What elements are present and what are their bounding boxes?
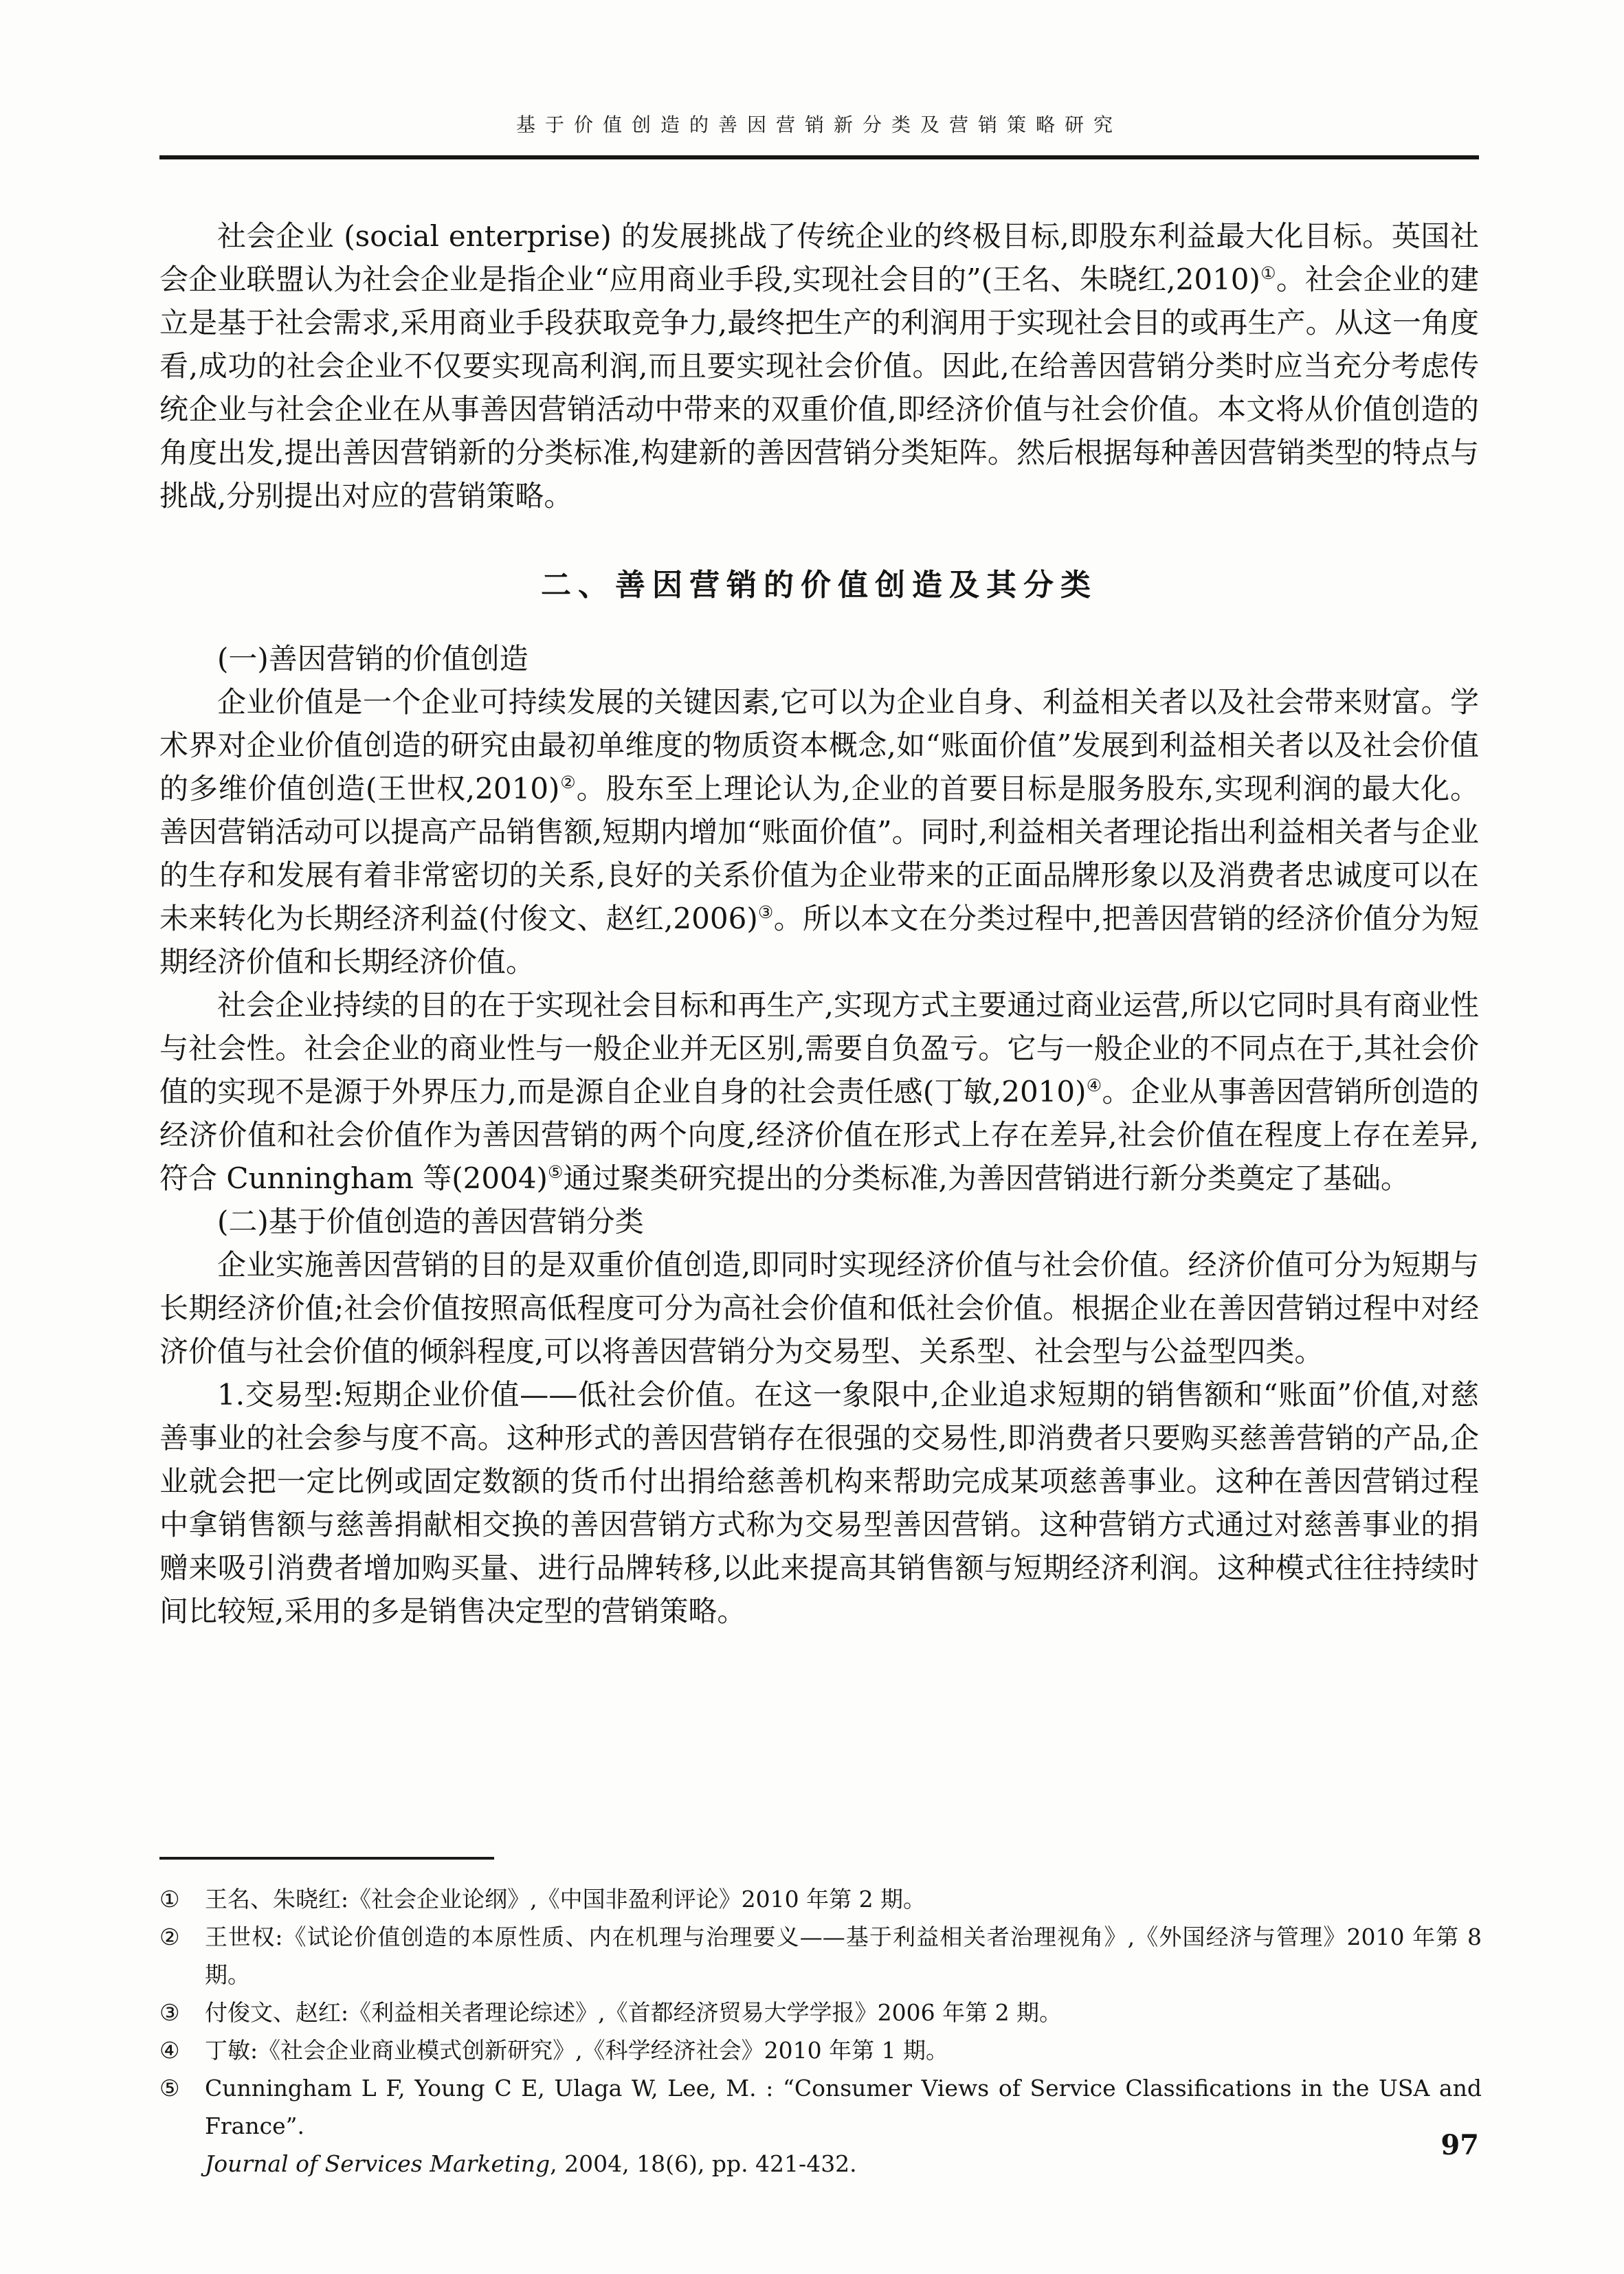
footnote-text: 王名、朱晓红:《社会企业论纲》,《中国非盈利评论》2010 年第 2 期。: [205, 1880, 1482, 1918]
footnote-text: 丁敏:《社会企业商业模式创新研究》,《科学经济社会》2010 年第 1 期。: [205, 2031, 1482, 2069]
paragraph: 1.交易型:短期企业价值——低社会价值。在这一象限中,企业追求短期的销售额和“账…: [159, 1373, 1479, 1633]
footnote-ref-4: ④: [1087, 1075, 1102, 1095]
footnote-text: Cunningham L F, Young C E, Ulaga W, Lee,…: [205, 2069, 1482, 2183]
paragraph: 社会企业 (social enterprise) 的发展挑战了传统企业的终极目标…: [159, 214, 1479, 517]
footnote: ④ 丁敏:《社会企业商业模式创新研究》,《科学经济社会》2010 年第 1 期。: [159, 2031, 1482, 2069]
footnote-marker: ②: [159, 1918, 205, 1956]
running-head: 基于价值创造的善因营销新分类及营销策略研究: [159, 110, 1479, 137]
paragraph-text: 通过聚类研究提出的分类标准,为善因营销进行新分类奠定了基础。: [564, 1161, 1410, 1195]
footnote: ⑤ Cunningham L F, Young C E, Ulaga W, Le…: [159, 2069, 1482, 2183]
footnote-text: 付俊文、赵红:《利益相关者理论综述》,《首都经济贸易大学学报》2006 年第 2…: [205, 1994, 1482, 2031]
paragraph: 企业实施善因营销的目的是双重价值创造,即同时实现经济价值与社会价值。经济价值可分…: [159, 1243, 1479, 1373]
footnote-ref-2: ②: [559, 772, 576, 792]
footnote-text: 王世权:《试论价值创造的本原性质、内在机理与治理要义——基于利益相关者治理视角》…: [205, 1918, 1482, 1994]
footnote: ① 王名、朱晓红:《社会企业论纲》,《中国非盈利评论》2010 年第 2 期。: [159, 1880, 1482, 1918]
paragraph-text: 。社会企业的建立是基于社会需求,采用商业手段获取竞争力,最终把生产的利润用于实现…: [159, 263, 1479, 513]
journal-title: Journal of Services Marketing: [205, 2150, 550, 2177]
journal-citation-tail: , 2004, 18(6), pp. 421-432.: [550, 2150, 857, 2177]
footnote: ② 王世权:《试论价值创造的本原性质、内在机理与治理要义——基于利益相关者治理视…: [159, 1918, 1482, 1994]
footnote-ref-5: ⑤: [548, 1162, 564, 1182]
paragraph: 企业价值是一个企业可持续发展的关键因素,它可以为企业自身、利益相关者以及社会带来…: [159, 680, 1479, 983]
page-number: 97: [1441, 2129, 1479, 2161]
footnote-ref-3: ③: [758, 902, 774, 922]
header-rule: [159, 155, 1479, 159]
footnote: ③ 付俊文、赵红:《利益相关者理论综述》,《首都经济贸易大学学报》2006 年第…: [159, 1994, 1482, 2031]
footnotes: ① 王名、朱晓红:《社会企业论纲》,《中国非盈利评论》2010 年第 2 期。 …: [159, 1880, 1482, 2183]
document-page: 基于价值创造的善因营销新分类及营销策略研究 社会企业 (social enter…: [0, 0, 1624, 2274]
footnote-text-line2: Journal of Services Marketing, 2004, 18(…: [205, 2145, 1482, 2183]
footnote-ref-1: ①: [1260, 263, 1276, 283]
paragraph: 社会企业持续的目的在于实现社会目标和再生产,实现方式主要通过商业运营,所以它同时…: [159, 983, 1479, 1200]
footnote-text-line1: Cunningham L F, Young C E, Ulaga W, Lee,…: [205, 2069, 1482, 2145]
footnote-marker: ⑤: [159, 2069, 205, 2107]
footnote-marker: ①: [159, 1880, 205, 1918]
footnote-marker: ③: [159, 1994, 205, 2031]
body-text: 社会企业 (social enterprise) 的发展挑战了传统企业的终极目标…: [159, 214, 1479, 1633]
footnote-marker: ④: [159, 2031, 205, 2069]
section-heading: 二、善因营销的价值创造及其分类: [159, 561, 1479, 610]
subsection-heading-2: (二)基于价值创造的善因营销分类: [159, 1200, 1479, 1243]
footnote-separator: [159, 1857, 494, 1860]
subsection-heading-1: (一)善因营销的价值创造: [159, 637, 1479, 680]
